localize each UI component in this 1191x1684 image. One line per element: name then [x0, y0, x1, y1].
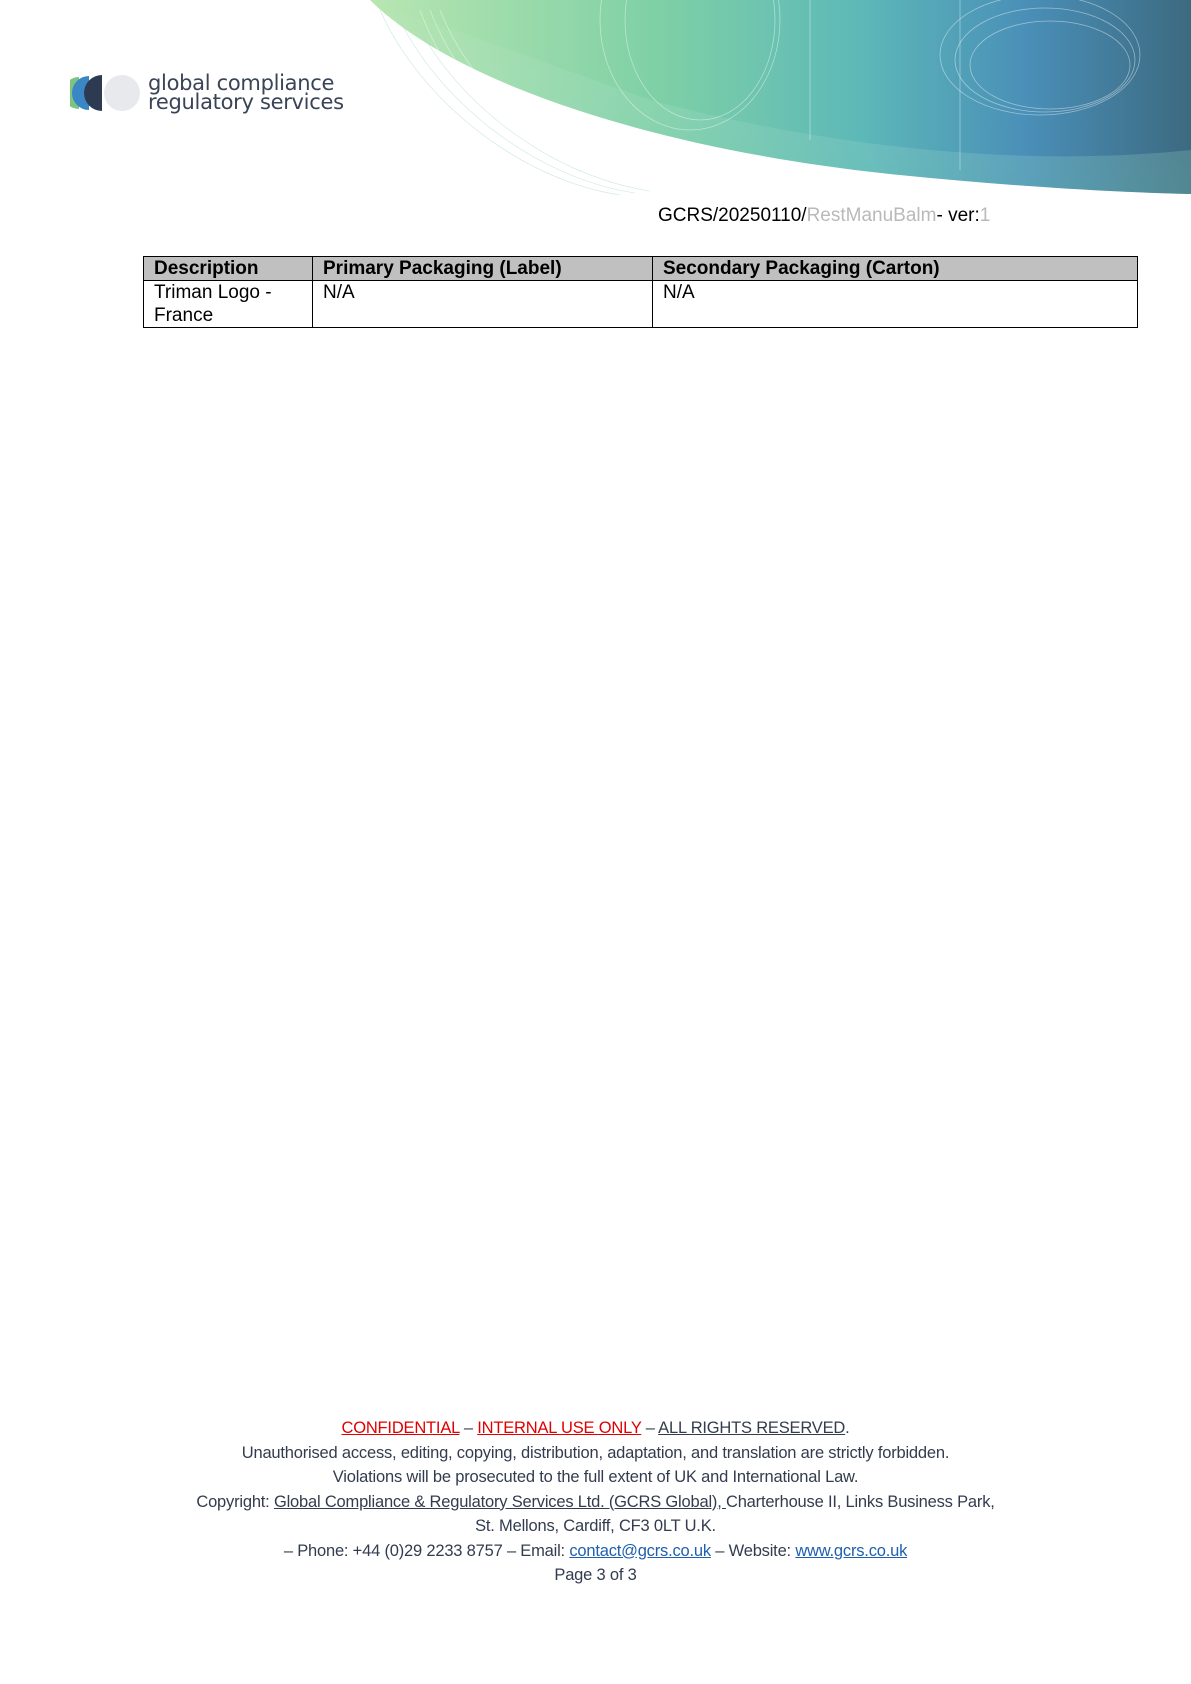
- website-label: – Website:: [711, 1542, 795, 1560]
- footer-violations-line: Violations will be prosecuted to the ful…: [0, 1465, 1191, 1490]
- document-reference: GCRS/20250110/RestManuBalm- ver:1: [658, 205, 990, 227]
- reference-version: 1: [980, 205, 991, 226]
- separator: –: [459, 1419, 477, 1437]
- cell-secondary-packaging: N/A: [653, 281, 1138, 328]
- footer-copyright-line: Copyright: Global Compliance & Regulator…: [0, 1490, 1191, 1515]
- company-name: Global Compliance & Regulatory Services …: [274, 1493, 726, 1511]
- footer-forbidden-line: Unauthorised access, editing, copying, d…: [0, 1441, 1191, 1466]
- column-header-description: Description: [144, 257, 313, 281]
- cell-primary-packaging: N/A: [313, 281, 653, 328]
- period: .: [845, 1419, 849, 1437]
- table-header-row: Description Primary Packaging (Label) Se…: [144, 257, 1138, 281]
- separator: –: [641, 1419, 658, 1437]
- column-header-secondary-packaging: Secondary Packaging (Carton): [653, 257, 1138, 281]
- page-number: Page 3 of 3: [0, 1563, 1191, 1588]
- phone-text: – Phone: +44 (0)29 2233 8757 – Email:: [284, 1542, 570, 1560]
- gcrs-logo-icon: [70, 73, 142, 113]
- logo-line-2: regulatory services: [148, 93, 344, 112]
- cell-description: Triman Logo - France: [144, 281, 313, 328]
- column-header-primary-packaging: Primary Packaging (Label): [313, 257, 653, 281]
- reference-prefix: GCRS/20250110/: [658, 205, 807, 226]
- reference-version-label: - ver:: [936, 205, 979, 226]
- footer-confidential-line: CONFIDENTIAL – INTERNAL USE ONLY – ALL R…: [0, 1416, 1191, 1441]
- footer-contact-line: – Phone: +44 (0)29 2233 8757 – Email: co…: [0, 1539, 1191, 1564]
- rights-reserved-label: ALL RIGHTS RESERVED: [658, 1419, 845, 1437]
- website-link[interactable]: www.gcrs.co.uk: [795, 1542, 907, 1560]
- packaging-table: Description Primary Packaging (Label) Se…: [143, 256, 1138, 328]
- email-link[interactable]: contact@gcrs.co.uk: [569, 1542, 711, 1560]
- page-footer: CONFIDENTIAL – INTERNAL USE ONLY – ALL R…: [0, 1416, 1191, 1588]
- confidential-label: CONFIDENTIAL: [341, 1419, 459, 1437]
- copyright-label: Copyright:: [196, 1493, 274, 1511]
- reference-product: RestManuBalm: [807, 205, 937, 226]
- internal-use-label: INTERNAL USE ONLY: [477, 1419, 641, 1437]
- footer-address-line: St. Mellons, Cardiff, CF3 0LT U.K.: [0, 1514, 1191, 1539]
- table-row: Triman Logo - France N/A N/A: [144, 281, 1138, 328]
- logo-wordmark: global compliance regulatory services: [148, 74, 344, 112]
- address-line-1: Charterhouse II, Links Business Park,: [726, 1493, 995, 1511]
- company-logo: global compliance regulatory services: [70, 68, 344, 118]
